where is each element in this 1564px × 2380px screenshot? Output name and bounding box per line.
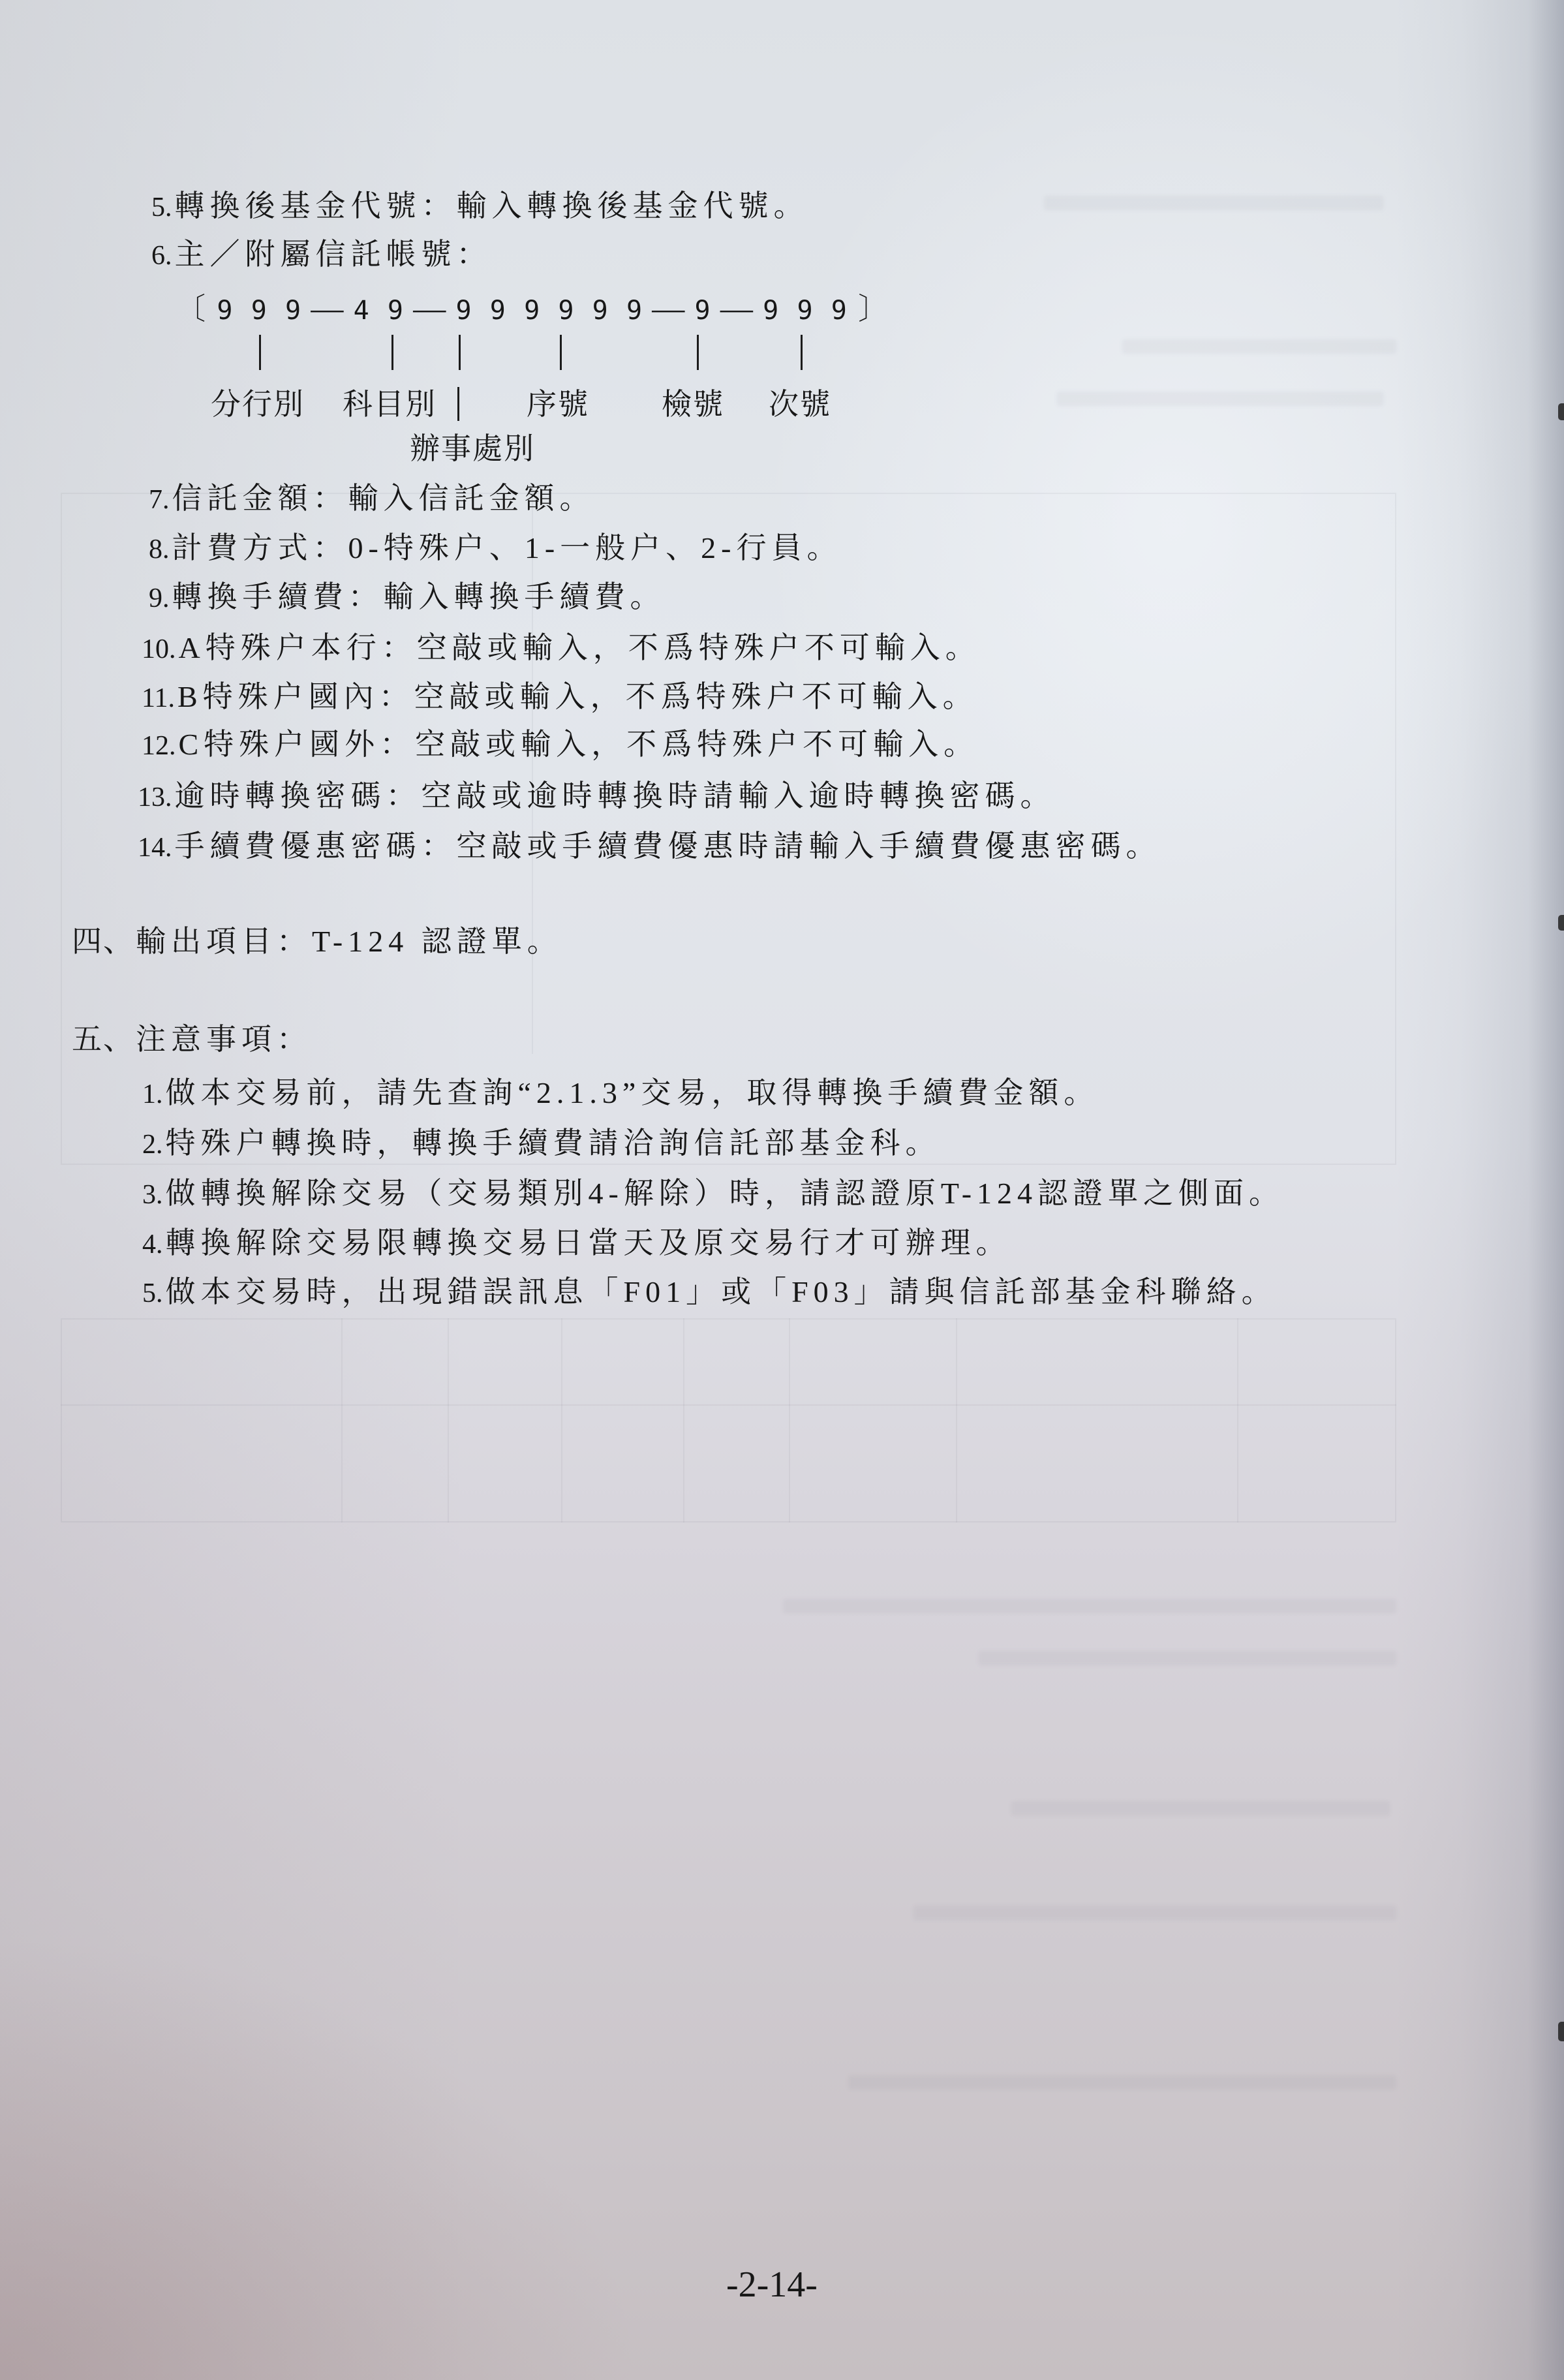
item-text: 信託金額：輸入信託金額。	[172, 482, 595, 515]
bleed-through-line	[956, 1318, 957, 1522]
item-number: 5.	[142, 1275, 163, 1312]
pattern-digit: 9	[549, 292, 583, 329]
paper-edge-mark	[1558, 403, 1564, 420]
pattern-separator: —	[720, 290, 754, 326]
input-item-12: 12.C特殊户國外：空敲或輸入，不爲特殊户不可輸入。	[142, 726, 979, 763]
pattern-digit: 9	[617, 292, 651, 329]
bleed-through-line	[448, 1318, 449, 1522]
pattern-digit: 9	[242, 292, 276, 329]
pattern-digit: 9	[481, 292, 515, 329]
input-item-7: 7.信託金額：輸入信託金額。	[149, 480, 595, 517]
label-subject: 科目別	[343, 386, 437, 423]
item-number: 12.	[142, 728, 176, 764]
section-output-heading: 四、輸出項目：T-124 認證單。	[72, 923, 562, 960]
input-item-5: 5.轉換後基金代號：輸入轉換後基金代號。	[151, 188, 809, 224]
item-text: 做轉換解除交易（交易類別4-解除）時，請認證原T-124認證單之側面。	[166, 1177, 1285, 1210]
item-text: 做本交易時，出現錯誤訊息「F01」或「F03」請與信託部基金科聯絡。	[166, 1275, 1277, 1308]
pattern-digit: 9	[583, 292, 617, 329]
pattern-digit: 9	[276, 292, 310, 329]
bleed-through-line	[789, 1318, 790, 1522]
bleed-through-text	[913, 1906, 1396, 1920]
item-number: 13.	[138, 779, 172, 816]
connector-line	[801, 335, 803, 370]
note-item-4: 4.轉換解除交易限轉換交易日當天及原交易行才可辦理。	[142, 1225, 1011, 1261]
item-number: 2.	[142, 1126, 163, 1163]
bleed-through-text	[1122, 339, 1396, 354]
item-number: 9.	[149, 580, 170, 617]
section-notes-heading: 五、注意事項：	[72, 1021, 312, 1058]
pattern-digit: 9	[822, 292, 856, 329]
item-text: 轉換手續費：輸入轉換手續費。	[172, 580, 666, 613]
item-number: 6.	[151, 238, 172, 274]
bleed-through-text	[783, 1599, 1396, 1613]
paper-edge-mark	[1558, 915, 1564, 931]
item-text: 逾時轉換密碼：空敲或逾時轉換時請輸入逾時轉換密碼。	[175, 779, 1056, 812]
item-number: 14.	[138, 829, 172, 866]
connector-line	[391, 335, 393, 370]
note-item-5: 5.做本交易時，出現錯誤訊息「F01」或「F03」請與信託部基金科聯絡。	[142, 1274, 1277, 1310]
label-office: 辦事處別	[410, 431, 535, 467]
connector-line	[459, 335, 461, 370]
pattern-separator: —	[412, 290, 446, 326]
bleed-through-text	[1044, 196, 1383, 210]
item-number: 7.	[149, 482, 170, 518]
bleed-through-text	[1057, 392, 1383, 406]
item-number: 8.	[149, 531, 170, 568]
item-text: 轉換解除交易限轉換交易日當天及原交易行才可辦理。	[166, 1226, 1011, 1260]
pattern-digit: 4	[344, 292, 378, 329]
pattern-bracket: 〕	[856, 290, 890, 327]
item-text: C特殊户國外：空敲或輸入，不爲特殊户不可輸入。	[179, 728, 979, 761]
section-title: 注意事項：	[136, 1023, 312, 1056]
bleed-through-text	[1011, 1801, 1390, 1816]
bleed-through-text	[979, 1651, 1396, 1665]
input-item-13: 13.逾時轉換密碼：空敲或逾時轉換時請輸入逾時轉換密碼。	[138, 778, 1056, 814]
bleed-through-line	[532, 493, 533, 1054]
label-sub: 次號	[769, 386, 831, 423]
connector-line	[697, 335, 699, 370]
bleed-through-line	[341, 1318, 343, 1522]
bleed-through-line	[683, 1318, 684, 1522]
pattern-separator: —	[651, 290, 685, 326]
item-number: 10.	[142, 631, 176, 668]
note-item-3: 3.做轉換解除交易（交易類別4-解除）時，請認證原T-124認證單之側面。	[142, 1175, 1284, 1212]
connector-line	[259, 335, 261, 370]
bleed-through-line	[561, 1318, 562, 1522]
input-item-11: 11.B特殊户國內：空敲或輸入，不爲特殊户不可輸入。	[142, 679, 978, 715]
item-number: 4.	[142, 1226, 163, 1263]
label-branch: 分行別	[211, 386, 305, 423]
note-item-2: 2.特殊户轉換時，轉換手續費請洽詢信託部基金科。	[142, 1125, 941, 1162]
connector-line	[560, 335, 562, 370]
bleed-through-text	[848, 2075, 1396, 2090]
item-text: A特殊户本行：空敲或輸入，不爲特殊户不可輸入。	[179, 631, 981, 664]
pattern-digit: 9	[685, 292, 719, 329]
item-text: 主／附屬信託帳號：	[175, 238, 492, 271]
item-number: 5.	[151, 189, 172, 226]
item-text: 做本交易前，請先查詢“2.1.3”交易，取得轉換手續費金額。	[166, 1076, 1099, 1109]
account-number-pattern: 〔999—49—999999—9—999〕	[174, 290, 890, 326]
bleed-through-table	[61, 1318, 1396, 1522]
input-item-8: 8.計費方式：0-特殊户、1-一般户、2-行員。	[149, 530, 842, 566]
pattern-digit: 9	[788, 292, 821, 329]
note-item-1: 1.做本交易前，請先查詢“2.1.3”交易，取得轉換手續費金額。	[142, 1075, 1099, 1111]
paper-edge-mark	[1558, 2022, 1564, 2041]
pattern-digit: 9	[446, 292, 480, 329]
item-text: B特殊户國內：空敲或輸入，不爲特殊户不可輸入。	[177, 680, 978, 713]
item-text: 特殊户轉換時，轉換手續費請洽詢信託部基金科。	[166, 1126, 941, 1160]
item-text: 計費方式：0-特殊户、1-一般户、2-行員。	[172, 531, 842, 564]
section-number: 五、	[72, 1021, 136, 1058]
bleed-through-line	[61, 1404, 1396, 1406]
connector-line	[457, 387, 459, 421]
input-item-10: 10.A特殊户本行：空敲或輸入，不爲特殊户不可輸入。	[142, 630, 981, 666]
page-number: -2-14-	[726, 2265, 818, 2304]
input-item-6: 6.主／附屬信託帳號：	[151, 236, 492, 273]
item-number: 3.	[142, 1177, 163, 1213]
section-text: 輸出項目：T-124 認證單。	[136, 925, 562, 958]
item-text: 手續費優惠密碼：空敲或手續費優惠時請輸入手續費優惠密碼。	[175, 829, 1161, 863]
pattern-bracket: 〔	[174, 290, 207, 327]
pattern-digit: 9	[754, 292, 788, 329]
pattern-separator: —	[310, 290, 344, 326]
section-number: 四、	[72, 923, 136, 960]
input-item-9: 9.轉換手續費：輸入轉換手續費。	[149, 579, 666, 615]
item-number: 11.	[142, 680, 175, 717]
item-text: 轉換後基金代號：輸入轉換後基金代號。	[175, 189, 809, 223]
label-check: 檢號	[662, 386, 724, 423]
label-serial: 序號	[527, 386, 589, 423]
pattern-digit: 9	[207, 292, 241, 329]
bleed-through-line	[1237, 1318, 1238, 1522]
pattern-digit: 9	[515, 292, 549, 329]
item-number: 1.	[142, 1076, 163, 1113]
pattern-digit: 9	[378, 292, 412, 329]
input-item-14: 14.手續費優惠密碼：空敲或手續費優惠時請輸入手續費優惠密碼。	[138, 828, 1161, 865]
